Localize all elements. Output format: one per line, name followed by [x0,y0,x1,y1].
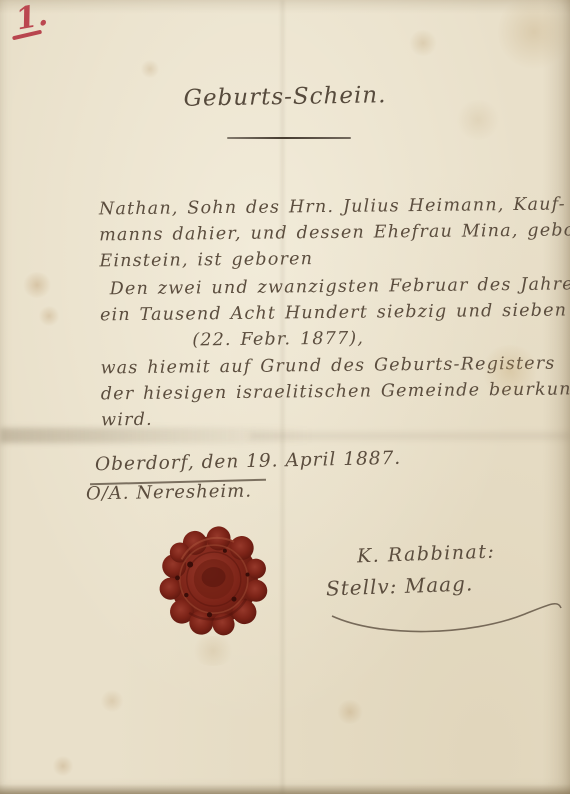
title-underline-rule [227,137,351,139]
place-date-line: Oberdorf, den 19. April 1887. [95,448,402,475]
body-line: manns dahier, und dessen Ehefrau Mina, g… [99,218,551,249]
foxing-stain [498,0,570,72]
foxing-stain [140,60,160,78]
foxing-stain [100,690,124,712]
horizontal-fold-crease-faint [250,432,570,440]
body-line: der hiesigen israelitischen Gemeinde beu… [101,377,553,408]
body-line-date-parenthetical: (22. Febr. 1877), [192,324,552,354]
signature-office-line: K. Rabbinat: [357,541,496,568]
body-line: Einstein, ist geboren [99,244,551,275]
signature-flourish [330,596,565,636]
district-line: O/A. Neresheim. [86,481,252,505]
foxing-stain [52,756,74,776]
body-paragraph: Nathan, Sohn des Hrn. Julius Heimann, Ka… [99,192,553,434]
foxing-stain [22,272,52,298]
scanned-document-page: 1. Geburts-Schein. Nathan, Sohn des Hrn.… [0,0,570,794]
body-line: ein Tausend Acht Hundert siebzig und sie… [100,298,552,329]
vertical-fold-crease [281,0,284,794]
document-title: Geburts-Schein. [0,79,570,115]
red-wax-seal-icon [150,516,280,646]
foxing-stain [408,30,438,56]
foxing-stain [38,306,60,326]
foxing-stain [336,700,364,724]
